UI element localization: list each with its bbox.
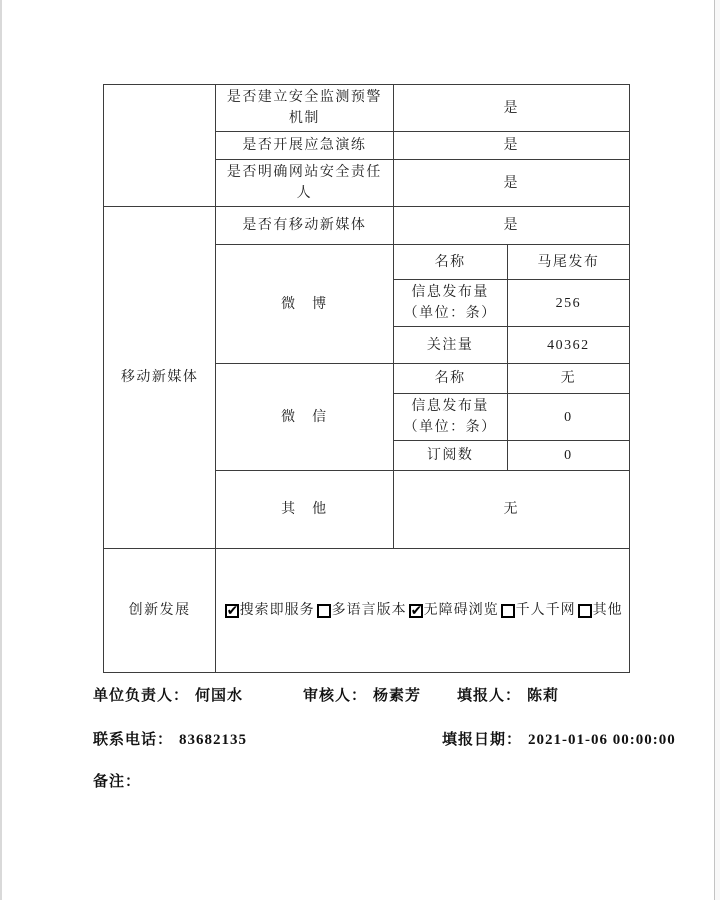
- field-value: 无: [507, 364, 629, 394]
- field-value: 马尾发布: [507, 245, 629, 280]
- question-label: 是否明确网站安全责任人: [216, 160, 393, 207]
- fill-date-label: 填报日期：: [442, 732, 522, 748]
- answer-value: 是: [393, 85, 629, 132]
- field-value: 0: [507, 394, 629, 441]
- checkbox-label: 其他: [593, 600, 623, 621]
- checkbox-icon: [317, 604, 331, 618]
- question-label: 是否有移动新媒体: [216, 207, 393, 245]
- fill-date-value: 2021-01-06 00:00:00: [528, 732, 676, 748]
- annual-report-table: 是否建立安全监测预警机制 是 是否开展应急演练 是 是否明确网站安全责任人 是 …: [103, 84, 630, 673]
- section-label-innovation: 创新发展: [104, 549, 216, 673]
- unit-head-field: 单位负责人：何国水: [93, 684, 243, 705]
- section-label-empty: [104, 85, 216, 207]
- field-label: 信息发布量（单位：条）: [393, 394, 507, 441]
- phone-value: 83682135: [179, 732, 247, 748]
- filler-field: 填报人：陈莉: [457, 684, 559, 705]
- innovation-options-line: ✔搜索即服务 多语言版本 ✔无障碍浏览 千人千网 其他: [221, 600, 624, 621]
- table-row: 是否建立安全监测预警机制 是: [104, 85, 630, 132]
- checkbox-icon: [501, 604, 515, 618]
- answer-value: 是: [393, 160, 629, 207]
- remarks-label: 备注：: [93, 774, 141, 790]
- answer-value: 是: [393, 207, 629, 245]
- unit-head-value: 何国水: [195, 688, 243, 704]
- wechat-label: 微 信: [216, 364, 393, 471]
- innovation-options-cell: ✔搜索即服务 多语言版本 ✔无障碍浏览 千人千网 其他: [216, 549, 630, 673]
- table-row: 移动新媒体 是否有移动新媒体 是: [104, 207, 630, 245]
- reviewer-label: 审核人：: [303, 688, 367, 704]
- question-label: 是否建立安全监测预警机制: [216, 85, 393, 132]
- answer-value: 是: [393, 132, 629, 160]
- checkbox-option-other: 其他: [576, 600, 623, 621]
- phone-field: 联系电话：83682135: [93, 728, 247, 749]
- section-label-mobile-media: 移动新媒体: [104, 207, 216, 549]
- filler-value: 陈莉: [527, 688, 559, 704]
- field-value: 40362: [507, 327, 629, 364]
- page-right-margin: [715, 0, 720, 900]
- checkbox-icon: ✔: [225, 604, 239, 618]
- checkbox-label: 千人千网: [516, 600, 576, 621]
- checkbox-label: 无障碍浏览: [424, 600, 499, 621]
- checkbox-option-search-service: ✔搜索即服务: [223, 600, 315, 621]
- checkbox-icon: ✔: [409, 604, 423, 618]
- field-label: 名称: [393, 245, 507, 280]
- checkbox-option-qianren-qianwang: 千人千网: [499, 600, 576, 621]
- filler-label: 填报人：: [457, 688, 521, 704]
- fill-date-field: 填报日期：2021-01-06 00:00:00: [442, 728, 676, 749]
- field-label: 关注量: [393, 327, 507, 364]
- checkbox-icon: [578, 604, 592, 618]
- phone-label: 联系电话：: [93, 732, 173, 748]
- reviewer-value: 杨素芳: [373, 688, 421, 704]
- field-label: 订阅数: [393, 441, 507, 471]
- weibo-label: 微 博: [216, 245, 393, 364]
- checkbox-option-accessibility: ✔无障碍浏览: [407, 600, 499, 621]
- field-label: 名称: [393, 364, 507, 394]
- remarks-field: 备注：: [93, 770, 147, 791]
- other-media-label: 其 他: [216, 471, 393, 549]
- reviewer-field: 审核人：杨素芳: [303, 684, 421, 705]
- checkbox-option-multilingual: 多语言版本: [315, 600, 407, 621]
- field-value: 0: [507, 441, 629, 471]
- page-left-edge: [0, 0, 2, 900]
- field-label: 信息发布量（单位：条）: [393, 280, 507, 327]
- checkbox-label: 搜索即服务: [240, 600, 315, 621]
- unit-head-label: 单位负责人：: [93, 688, 189, 704]
- checkbox-label: 多语言版本: [332, 600, 407, 621]
- table-row: 创新发展 ✔搜索即服务 多语言版本 ✔无障碍浏览 千人千网: [104, 549, 630, 673]
- field-value: 256: [507, 280, 629, 327]
- question-label: 是否开展应急演练: [216, 132, 393, 160]
- other-media-value: 无: [393, 471, 629, 549]
